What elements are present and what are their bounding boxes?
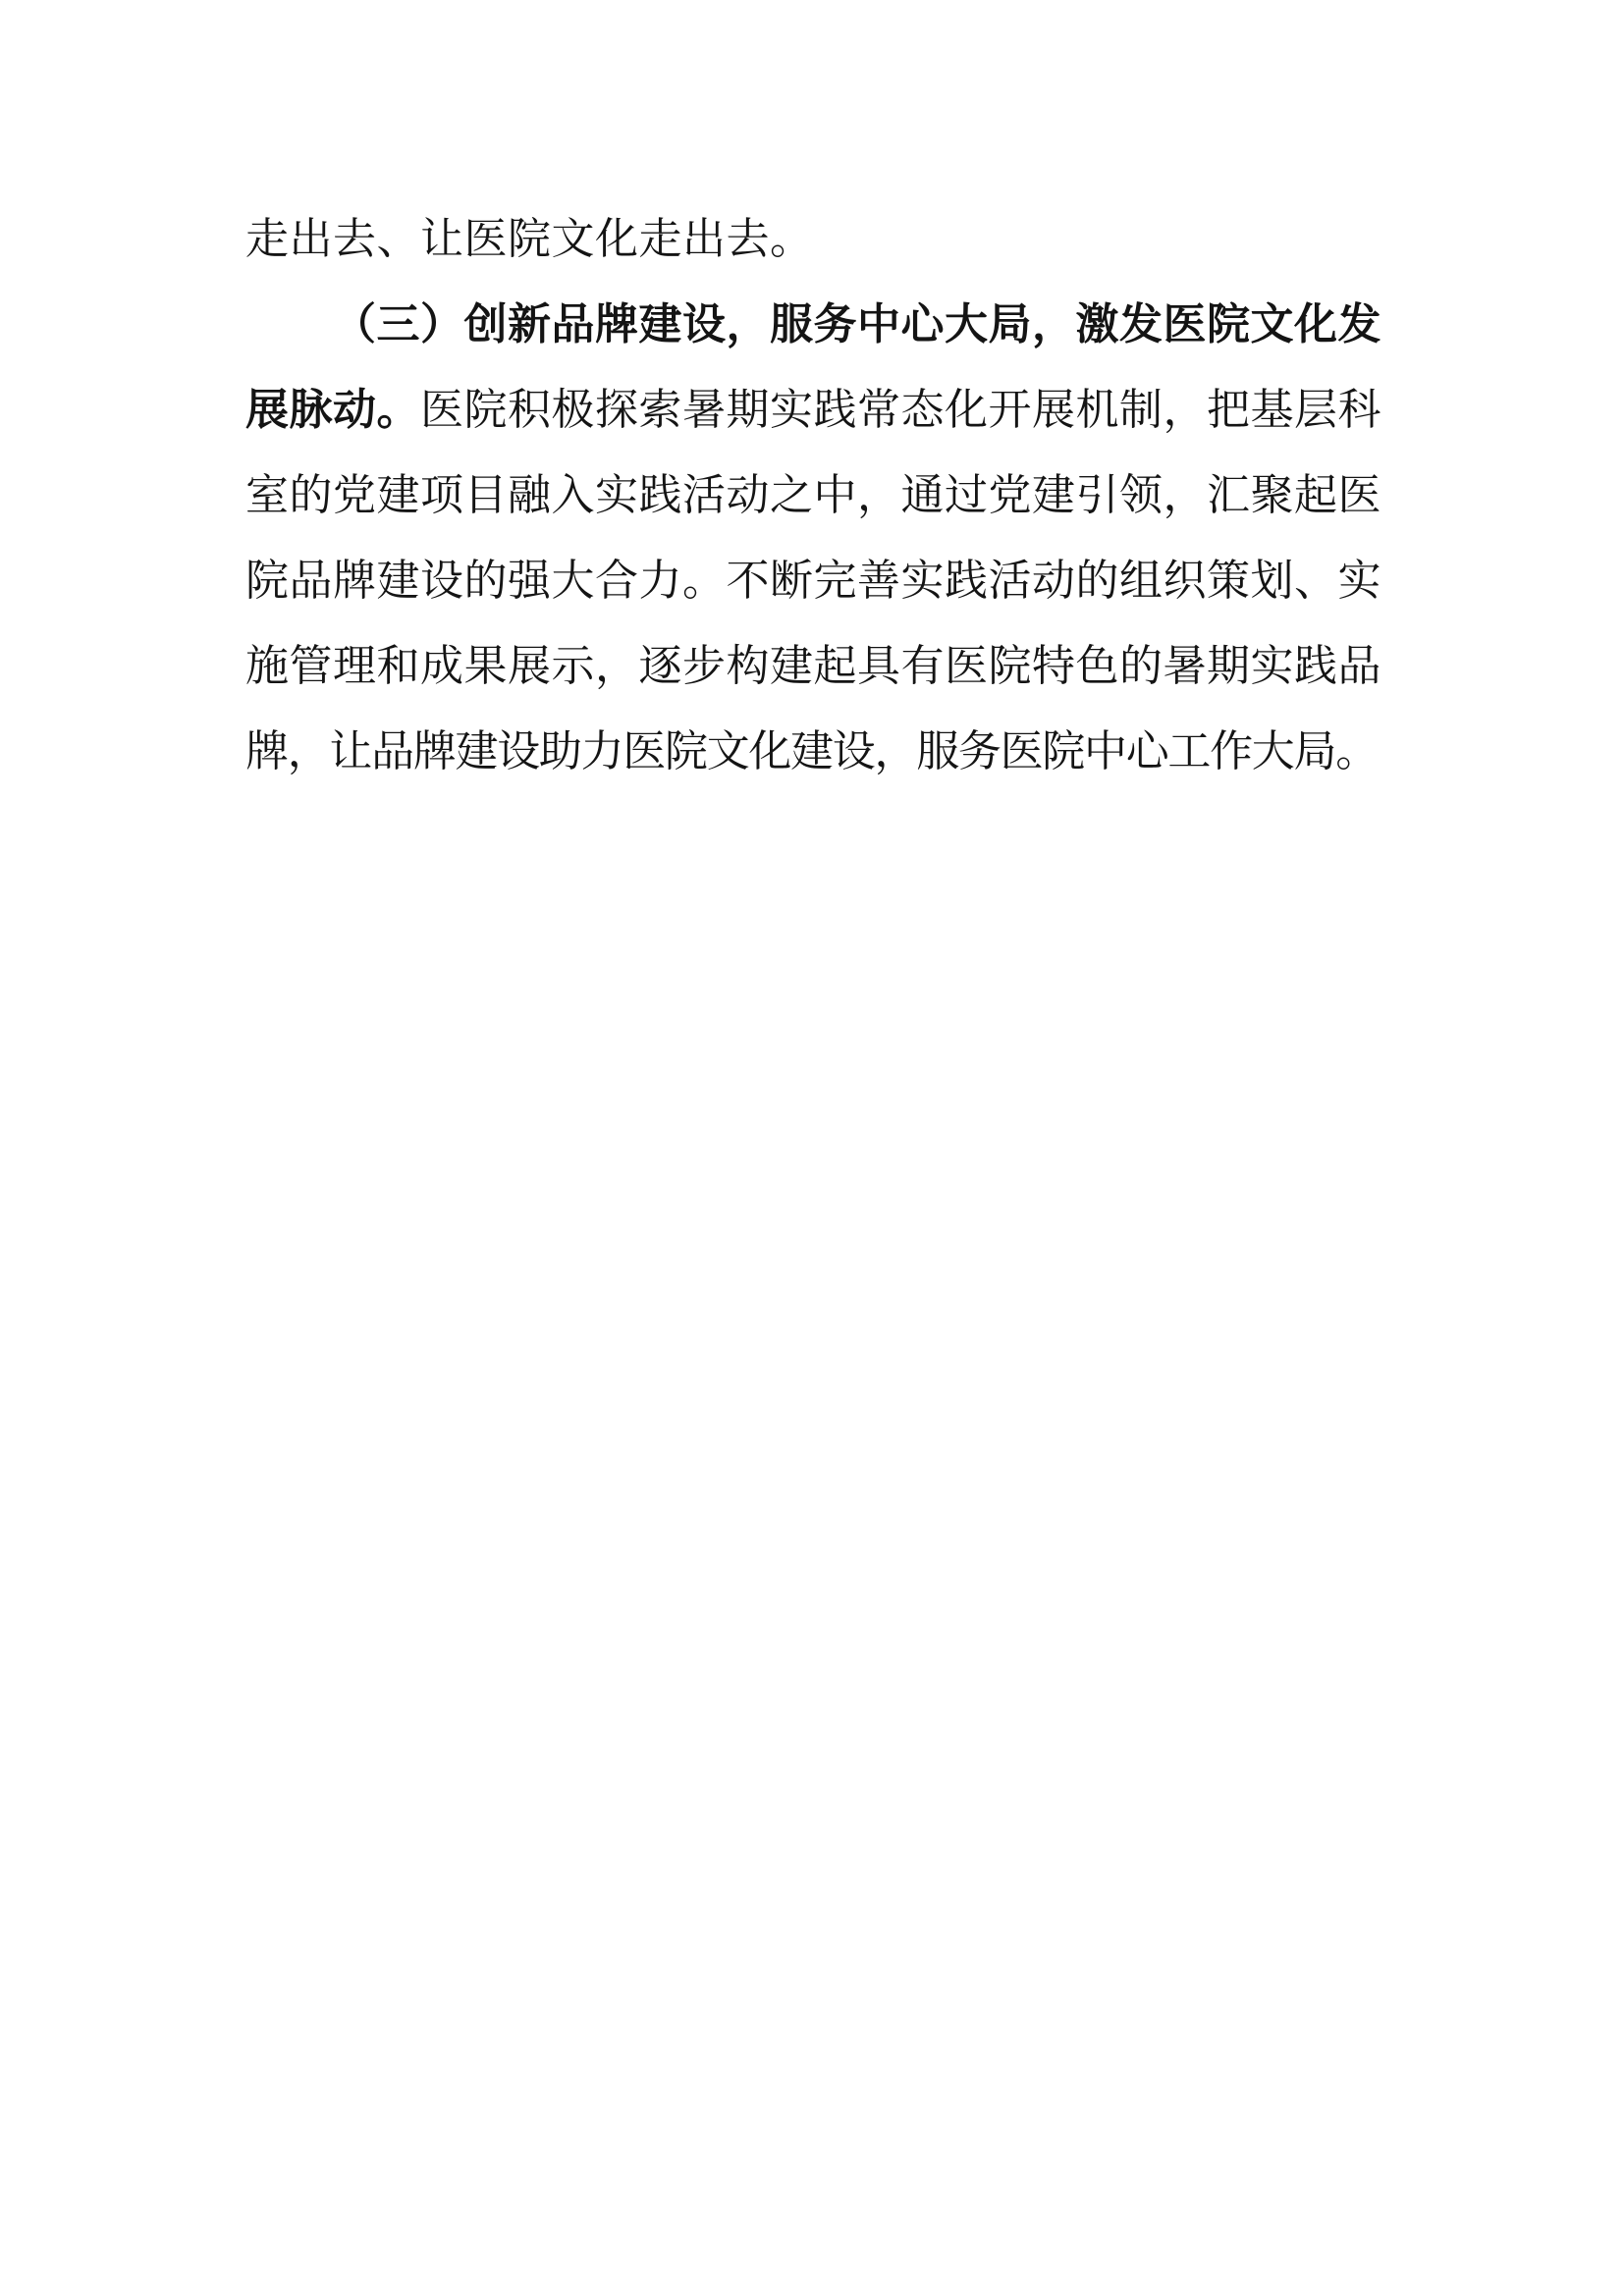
body-line-6: 施管理和成果展示，逐步构建起具有医院特色的暑期实践品 — [245, 623, 1384, 709]
text-block: 走出去、让医院文化走出去。 （三）创新品牌建设，服务中心大局，激发医院文化发 展… — [245, 196, 1384, 794]
body-text: 施管理和成果展示，逐步构建起具有医院特色的暑期实践品 — [245, 642, 1381, 690]
paragraph-end-text: 走出去、让医院文化走出去。 — [245, 215, 814, 263]
body-text: 室的党建项目融入实践活动之中，通过党建引领，汇聚起医 — [245, 471, 1381, 519]
body-text: 牌，让品牌建设助力医院文化建设，服务医院中心工作大局。 — [245, 727, 1378, 775]
body-text-start: 医院积极探索暑期实践常态化开展机制，把基层科 — [420, 386, 1381, 434]
document-page: 走出去、让医院文化走出去。 （三）创新品牌建设，服务中心大局，激发医院文化发 展… — [0, 0, 1624, 2296]
body-line-1: 走出去、让医院文化走出去。 — [245, 196, 1384, 282]
body-line-7: 牌，让品牌建设助力医院文化建设，服务医院中心工作大局。 — [245, 709, 1384, 794]
body-line-3: 展脉动。医院积极探索暑期实践常态化开展机制，把基层科 — [245, 367, 1384, 453]
body-line-4: 室的党建项目融入实践活动之中，通过党建引领，汇聚起医 — [245, 453, 1384, 538]
heading-line-1: （三）创新品牌建设，服务中心大局，激发医院文化发 — [245, 282, 1384, 367]
body-line-5: 院品牌建设的强大合力。不断完善实践活动的组织策划、实 — [245, 538, 1384, 623]
heading-text: （三）创新品牌建设，服务中心大局，激发医院文化发 — [333, 300, 1381, 348]
heading-text-continuation: 展脉动。 — [245, 386, 420, 434]
body-text: 院品牌建设的强大合力。不断完善实践活动的组织策划、实 — [245, 557, 1381, 605]
